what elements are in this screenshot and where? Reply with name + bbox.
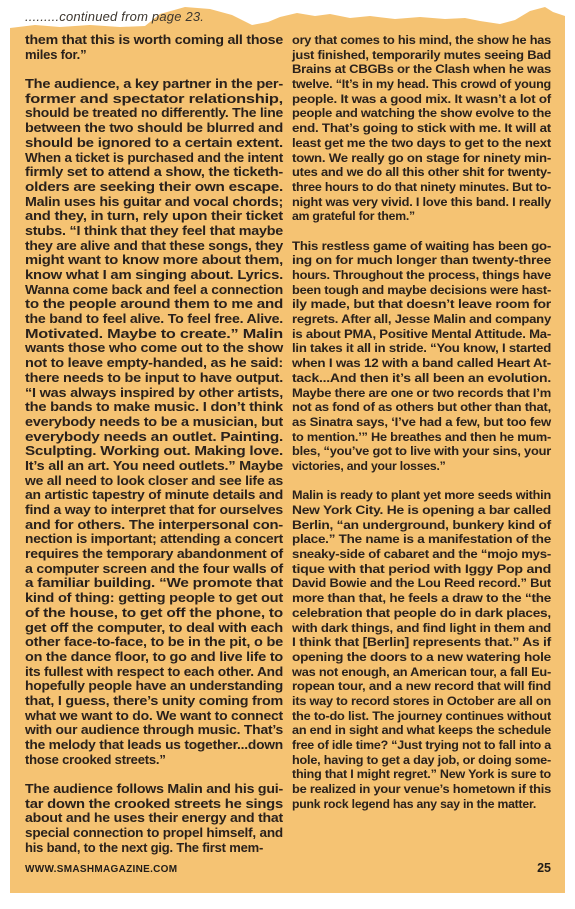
text-line: ory that comes to his mind, the show he … [292, 33, 551, 48]
text-line: hole, having to get a day job, or doing … [292, 753, 551, 768]
text-line: utes and we do all this other shit for t… [292, 165, 551, 180]
text-line: Sculpting. Working out. Making love. [25, 444, 283, 459]
text-line: about and he uses their energy and that [25, 811, 283, 826]
text-line: know what I am singing about. Lyrics. [25, 268, 283, 283]
text-line: more than that, he feels a draw to the “… [292, 591, 551, 606]
text-line: people and watching the show evolve to t… [292, 106, 551, 121]
text-line: Malin uses his guitar and vocal chords; [25, 195, 283, 210]
text-line: This restless game of waiting has been g… [292, 239, 551, 254]
text-line: the bands to make music. I don’t think [25, 400, 283, 415]
text-line: ily made, but that doesn’t leave room fo… [292, 297, 551, 312]
text-line: ropean tour, and a new record that will … [292, 679, 551, 694]
text-line: sneaky-side of cabaret and the “mojo mys… [292, 547, 551, 562]
text-line: bles, “you’ve got to live with your sins… [292, 444, 551, 459]
text-line: town. We really go on stage for ninety m… [292, 151, 551, 166]
text-line: to the people around them to me and [25, 297, 283, 312]
text-line: Wanna come back and feel a connection [25, 283, 283, 298]
text-line: be realized in your venue’s hometown if … [292, 782, 551, 797]
paragraph: The audience, a key partner in the per-f… [25, 77, 283, 767]
text-line: everybody needs to be a musician, but [25, 415, 283, 430]
text-line: the to-do list. The journey continues wi… [292, 709, 551, 724]
text-line: The audience, a key partner in the per- [25, 77, 283, 92]
text-line: opening the doors to a new watering hole [292, 650, 551, 665]
text-line: nection is important; attending a concer… [25, 532, 283, 547]
paragraph: This restless game of waiting has been g… [292, 239, 551, 474]
text-line: ing on for much longer than twenty-three [292, 253, 551, 268]
text-line: not to leave empty-handed, as he said: [25, 356, 283, 371]
text-line: other face-to-face, to be in the pit, o … [25, 635, 283, 650]
text-line: tack...And then it’s all been an evoluti… [292, 371, 551, 386]
text-line: punk rock legend has any say in the matt… [292, 797, 551, 812]
text-line: David Bowie and the Lou Reed record.” Bu… [292, 576, 551, 591]
text-line: least get me the two days to get to the … [292, 136, 551, 151]
text-line: its way to record stores in October are … [292, 694, 551, 709]
text-line: not as fond of as others but other than … [292, 400, 551, 415]
text-line: them that this is worth coming all those [25, 33, 283, 48]
text-line: hopefully people have an understanding [25, 679, 283, 694]
text-line: with our audience through music. That’s [25, 723, 283, 738]
text-line: should be treated no differently. The li… [25, 106, 283, 121]
text-line: of the house, to get off the phone, to [25, 606, 283, 621]
text-line: twelve. “It’s in my head. This crowd of … [292, 77, 551, 92]
text-line: olders are seeking their own escape. [25, 180, 283, 195]
text-line: the melody that leads us together...down [25, 738, 283, 753]
text-line: “I was always inspired by other artists, [25, 386, 283, 401]
text-line: It’s all an art. You need outlets.” Mayb… [25, 459, 283, 474]
magazine-page: .........continued from page 23. them th… [0, 0, 575, 909]
text-line: that, I guess, there’s unity coming from [25, 694, 283, 709]
text-line: kind of thing: getting people to get out [25, 591, 283, 606]
text-line: When a ticket is purchased and the inten… [25, 151, 283, 166]
text-line: firmly set to attend a show, the ticketh… [25, 165, 283, 180]
paragraph: ory that comes to his mind, the show he … [292, 33, 551, 224]
text-line: tique with that period with Iggy Pop and [292, 562, 551, 577]
text-line: get off the computer, to deal with each [25, 621, 283, 636]
text-line: place.” The name is a manifestation of t… [292, 532, 551, 547]
text-line: Maybe there are one or two records that … [292, 386, 551, 401]
text-line: Malin is ready to plant yet more seeds w… [292, 488, 551, 503]
text-line: might want to know more about them, [25, 253, 283, 268]
website-url: WWW.SMASHMAGAZINE.COM [25, 864, 177, 875]
text-line: its fullest with respect to each other. … [25, 665, 283, 680]
text-line: am grateful for them.” [292, 209, 551, 224]
text-line: what we want to do. We want to connect [25, 709, 283, 724]
paragraph: them that this is worth coming all those… [25, 33, 283, 62]
text-line: his band, to the next gig. The first mem… [25, 841, 283, 856]
text-line: there needs to be input to have output. [25, 371, 283, 386]
text-line: as Sinatra says, ‘I’ve had a few, but to… [292, 415, 551, 430]
paragraph: Malin is ready to plant yet more seeds w… [292, 488, 551, 811]
text-line: tar down the crooked streets he sings [25, 797, 283, 812]
column-left: them that this is worth coming all those… [25, 33, 283, 856]
text-line: celebration that people do in dark place… [292, 606, 551, 621]
text-line: and they, in turn, rely upon their ticke… [25, 209, 283, 224]
text-line: wants those who come out to the show [25, 341, 283, 356]
text-line: stubs. “I think that they feel that mayb… [25, 224, 283, 239]
text-line: night was very vivid. I love this band. … [292, 195, 551, 210]
text-line: an end in sight and what keeps the sched… [292, 723, 551, 738]
text-line: was not enough, an American tour, a fall… [292, 665, 551, 680]
text-line: with dark things, and find light in them… [292, 621, 551, 636]
text-line: find a way to interpret that for ourselv… [25, 503, 283, 518]
text-line: victories, and your losses.” [292, 459, 551, 474]
text-line: hours. Throughout the process, things ha… [292, 268, 551, 283]
text-line: end. That’s going to stick with me. It w… [292, 121, 551, 136]
text-line: Motivated. Maybe to create.” Malin [25, 327, 283, 342]
text-line: an artistic tapestry of minute details a… [25, 488, 283, 503]
text-line: when I was 12 with a band called Heart A… [292, 356, 551, 371]
text-line: everybody needs an outlet. Painting. [25, 430, 283, 445]
text-line: the band to feel alive. To feel free. Al… [25, 312, 283, 327]
text-line: miles for.” [25, 48, 283, 63]
text-line: they are alive and that these songs, the… [25, 239, 283, 254]
continued-from-note: .........continued from page 23. [25, 9, 204, 24]
text-line: a computer screen and the four walls of [25, 562, 283, 577]
text-line: three hours to do that ninety minutes. B… [292, 180, 551, 195]
text-line: been tough and maybe decisions were hast… [292, 283, 551, 298]
text-line: just finished, temporarily mutes seeing … [292, 48, 551, 63]
text-line: on the dance floor, to go and live life … [25, 650, 283, 665]
text-line: The audience follows Malin and his gui- [25, 782, 283, 797]
text-line: we all need to look closer and see life … [25, 474, 283, 489]
text-line: people. It was a good mix. It wasn’t a l… [292, 92, 551, 107]
text-line: requires the temporary abandonment of [25, 547, 283, 562]
text-line: lin takes it all in stride. “You know, I… [292, 341, 551, 356]
text-line: should be ignored to a certain extent. [25, 136, 283, 151]
text-line: and for others. The interpersonal con- [25, 518, 283, 533]
column-right: ory that comes to his mind, the show he … [292, 33, 551, 811]
page-number: 25 [537, 861, 551, 875]
text-line: between the two should be blurred and [25, 121, 283, 136]
text-line: to mention.’” He breathes and then he mu… [292, 430, 551, 445]
text-line: Brains at CBGBs or the Clash when he was [292, 62, 551, 77]
text-line: thing that I might regret.” New York is … [292, 767, 551, 782]
text-line: a familiar building. “We promote that [25, 576, 283, 591]
text-line: regrets. After all, Jesse Malin and comp… [292, 312, 551, 327]
text-line: special connection to propel himself, an… [25, 826, 283, 841]
text-line: former and spectator relationship, [25, 92, 283, 107]
text-line: New York City. He is opening a bar calle… [292, 503, 551, 518]
text-line: free of idle time? “Just trying not to f… [292, 738, 551, 753]
text-line: those crooked streets.” [25, 753, 283, 768]
paragraph: The audience follows Malin and his gui-t… [25, 782, 283, 855]
text-line: I think that [Berlin] represents that.” … [292, 635, 551, 650]
text-line: Berlin, “an underground, bunkery kind of [292, 518, 551, 533]
text-line: is about PMA, Positive Mental Attitude. … [292, 327, 551, 342]
